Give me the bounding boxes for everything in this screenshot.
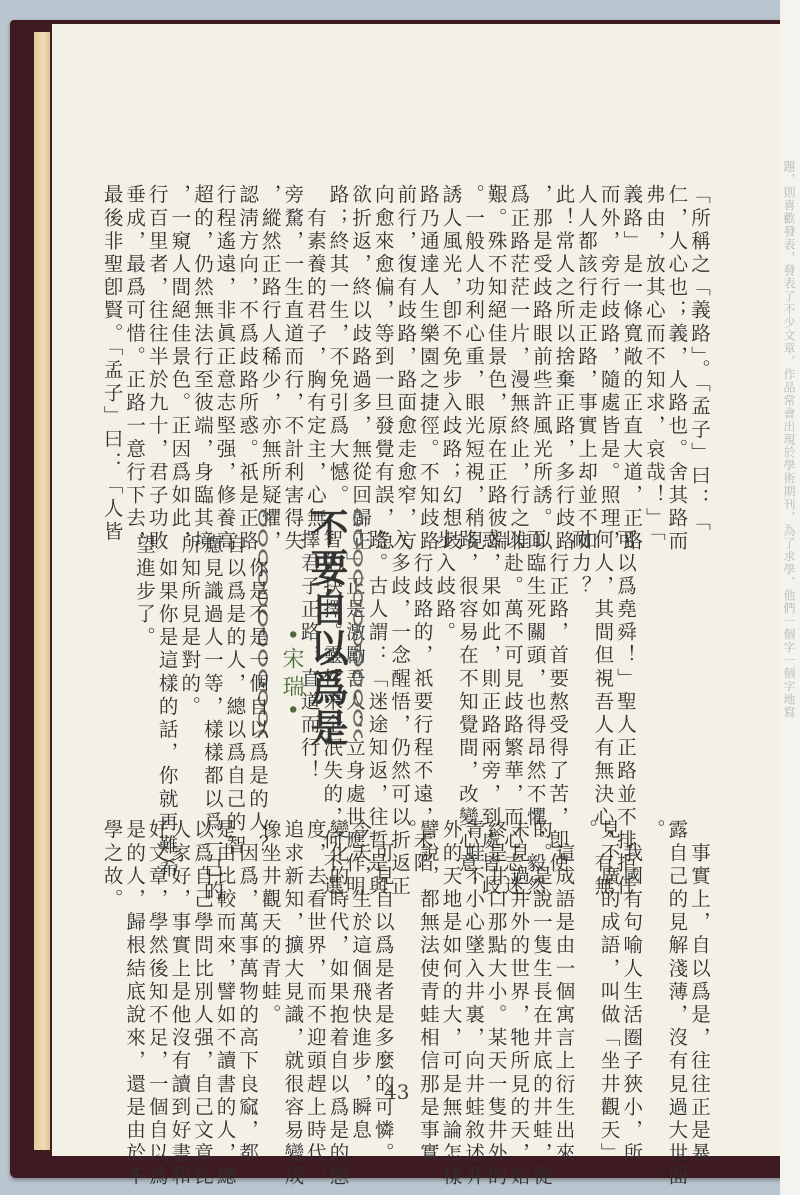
article-body-middle-left: 你是不是一個自以爲是的人？自以爲是的人，總以爲自己的智慮見識過人一等，樣樣都以爲… [132,534,268,834]
text-column: ，縱然正路行人稀少，亦無所疑懼， [258,184,281,519]
text-column: 慮見識過人一等，樣樣都以爲一己的 [200,534,223,834]
text-column: 以赴。萬不可見歧路繁華，而心志迷 [500,529,523,829]
text-column: 。一般人功利心重，眼光短視，稍見 [461,184,484,519]
text-column: 耐力？ [568,529,591,829]
text-column: 可以爲堯舜！」聖人正路並不排拒任 [613,529,636,829]
text-column: 露自己的見解淺薄，沒有見過大世面 [665,819,688,1099]
text-column: 可見自以爲是者是多麼的可憐。 [371,819,394,1099]
text-column: 終是井口那點大小。某天一隻井外的 [484,819,507,1099]
text-column: 學之故。 [100,819,123,1099]
text-column: 人家好，事實上是他沒有讀到好書和 [168,819,191,1099]
text-column: 人人都該行走正路，事實上却並不如 [574,184,597,519]
page-number: 43 [384,1080,409,1104]
text-column: 是由比較而來，譬如不讀書的人，總 [213,819,236,1099]
text-column: 未見過井外的世界，牠所見的天，始 [507,819,530,1099]
text-column: 爲正路茫茫一片，漫無終止，行之惟 [507,184,530,519]
text-column: 仁，人心也；義，人路也。舍其路而 [665,184,688,519]
text-column: 。 [394,819,417,1099]
text-column: 最後非聖卽賢。「孟子」曰：「人皆 [100,184,123,519]
text-column: 此！常人之所以捨棄正路，多行歧路 [552,184,575,519]
text-column: 今天，生於這個飛快進步，瞬息 [349,819,372,1099]
text-column: 路，很容易在不知覺間，改變心意， [455,529,478,829]
text-column: 路；終其一生，不免引爲大憾。 [326,184,349,519]
text-column: 義路」是一條寬敞的正直大道，正路 [620,184,643,519]
text-column: 如果你是這樣的話，你就再難希 [155,534,178,834]
article-body-top: 「所稱之「義路」。「孟子」曰：「仁，人心也；義，人路也。舍其路而弗由，放其心而不… [100,184,710,519]
text-column: 「所稱之「義路」。「孟子」曰：「 [687,184,710,519]
text-column: 艱。殊不知絕佳景色，原在正路彼端 [484,184,507,519]
text-column: 你是不是一個自以爲是的人？ [245,534,268,834]
text-column: 因爲，萬事萬物的高下良窳，都 [236,819,259,1099]
text-column: 垂成，最爲可惜。正路一意行下去， [123,184,146,519]
text-column: 認淸方向，不爲歧路所惑。祇是正路 [236,184,259,519]
text-column: 向愈來愈偏，等到一旦發覺有誤，急 [371,184,394,519]
text-column: 的。是說一隻生長在井底的井蛙，從 [529,819,552,1099]
text-column: ，那是受歧路眼前些許風光所誘。以 [529,184,552,519]
text-column: 前行，復有歧路，路面愈走愈窄，方 [394,184,417,519]
text-column: 我國有句喻人生活圈子狹小，所 [620,819,643,1099]
text-column: 譬說，都無法使青蛙相信那是事實 [416,819,439,1099]
text-column: 外的天地是如何的大，可是無論怎樣 [439,819,462,1099]
text-column: 行正路，首要熬受得了苦，卽使 [546,529,569,829]
text-column: 以爲自己學問比別人强，自己文章比 [190,819,213,1099]
page-edges [34,32,50,1150]
title-block: 不要自以爲是 •宋瑞• [268,498,378,768]
text-column: ，一窺人間絕佳景色。正因爲如此， [168,184,191,519]
text-column: 誘人風光，卽不免步入歧路；幻想歧 [439,184,462,519]
text-column: 超的，仍然無法行至彼端，身臨其境 [190,184,213,519]
facing-page-text: 題，則喜歡發表，發表了不少文章，作品常會出現於學術期刊，為了求學，他們一個字一個… [782,160,796,780]
text-column: 有素養的君子，胸有定主，心無 [303,184,326,519]
text-column: 自以爲是的人，總以爲自己的智 [223,534,246,834]
text-column: 好文章，學然後知不足，一個自以爲 [145,819,168,1099]
text-column: 望進步了。 [132,534,155,834]
text-column: 何人，其間但視吾人有無決心，有無 [591,529,614,829]
text-column: 行歧路的，祇要行程不遠，未陷 [410,529,433,829]
text-column: 行百里者，往往半於九十，君子功敗 [145,184,168,519]
text-column: 。 [642,819,665,1099]
text-column: 事實上，自以爲是，往往正是暴 [687,819,710,1099]
book-page: 「所稱之「義路」。「孟子」曰：「仁，人心也；義，人路也。舍其路而弗由，放其心而不… [52,24,780,1156]
text-column: 惑，果如此，則正路兩旁，到處皆歧 [478,529,501,829]
text-column: 行程遙遠，非眞正意志堅强，修養高 [213,184,236,519]
text-column: 變化的時代，如果抱着自以爲是的態 [326,819,349,1099]
chain-ornament-right [352,508,364,738]
text-column: 見不廣的成語，叫做「坐井觀天」 [597,819,620,1099]
bullet-icon: • [279,628,304,647]
text-column: 度，去看世界，而不迎頭趕上時代， [303,819,326,1099]
text-column: 這成語是由一個寓言上衍生出來 [552,819,575,1099]
text-column: 入多歧，一念醒悟，仍然可以折返正 [387,529,410,829]
text-column: 追求新知，擴大見識，就很容易變成 [281,819,304,1099]
text-column: 。 [574,819,597,1099]
article-body-bottom: 事實上，自以爲是，往往正是暴露自己的見解淺薄，沒有見過大世面。 我國有句喻人生活… [100,819,710,1099]
facing-page: 題，則喜歡發表，發表了不少文章，作品常會出現於學術期刊，為了求學，他們一個字一個… [780,0,800,1195]
text-column: 旁騖，一生直道而行，不計利害得失 [281,184,304,519]
article-author: •宋瑞• [276,628,307,722]
article-title: 不要自以爲是 [306,508,346,748]
text-column: 是的人，歸根結底說來，還是由於不 [123,819,146,1099]
text-column: 青蛙不小心墜入井裏，向井蛙敘述井 [461,819,484,1099]
text-column: 而外，旁行歧路，隨處皆是。照理， [597,184,620,519]
text-column: 弗由，放其心而不知求，哀哉！」「 [642,184,665,519]
text-column: 步入歧路。 [433,529,456,829]
bullet-icon: • [279,703,304,722]
text-column: 面臨生死關頭，也得昂然不懼，毅然 [523,529,546,829]
text-column: 所知所見是對的。 [178,534,201,834]
text-column: 欲折返，終以歧路過多，無從回歸正 [349,184,372,519]
text-column: 像坐井觀天的青蛙。 [258,819,281,1099]
text-column: 路乃通達人生樂園之捷徑。不知歧路 [416,184,439,519]
